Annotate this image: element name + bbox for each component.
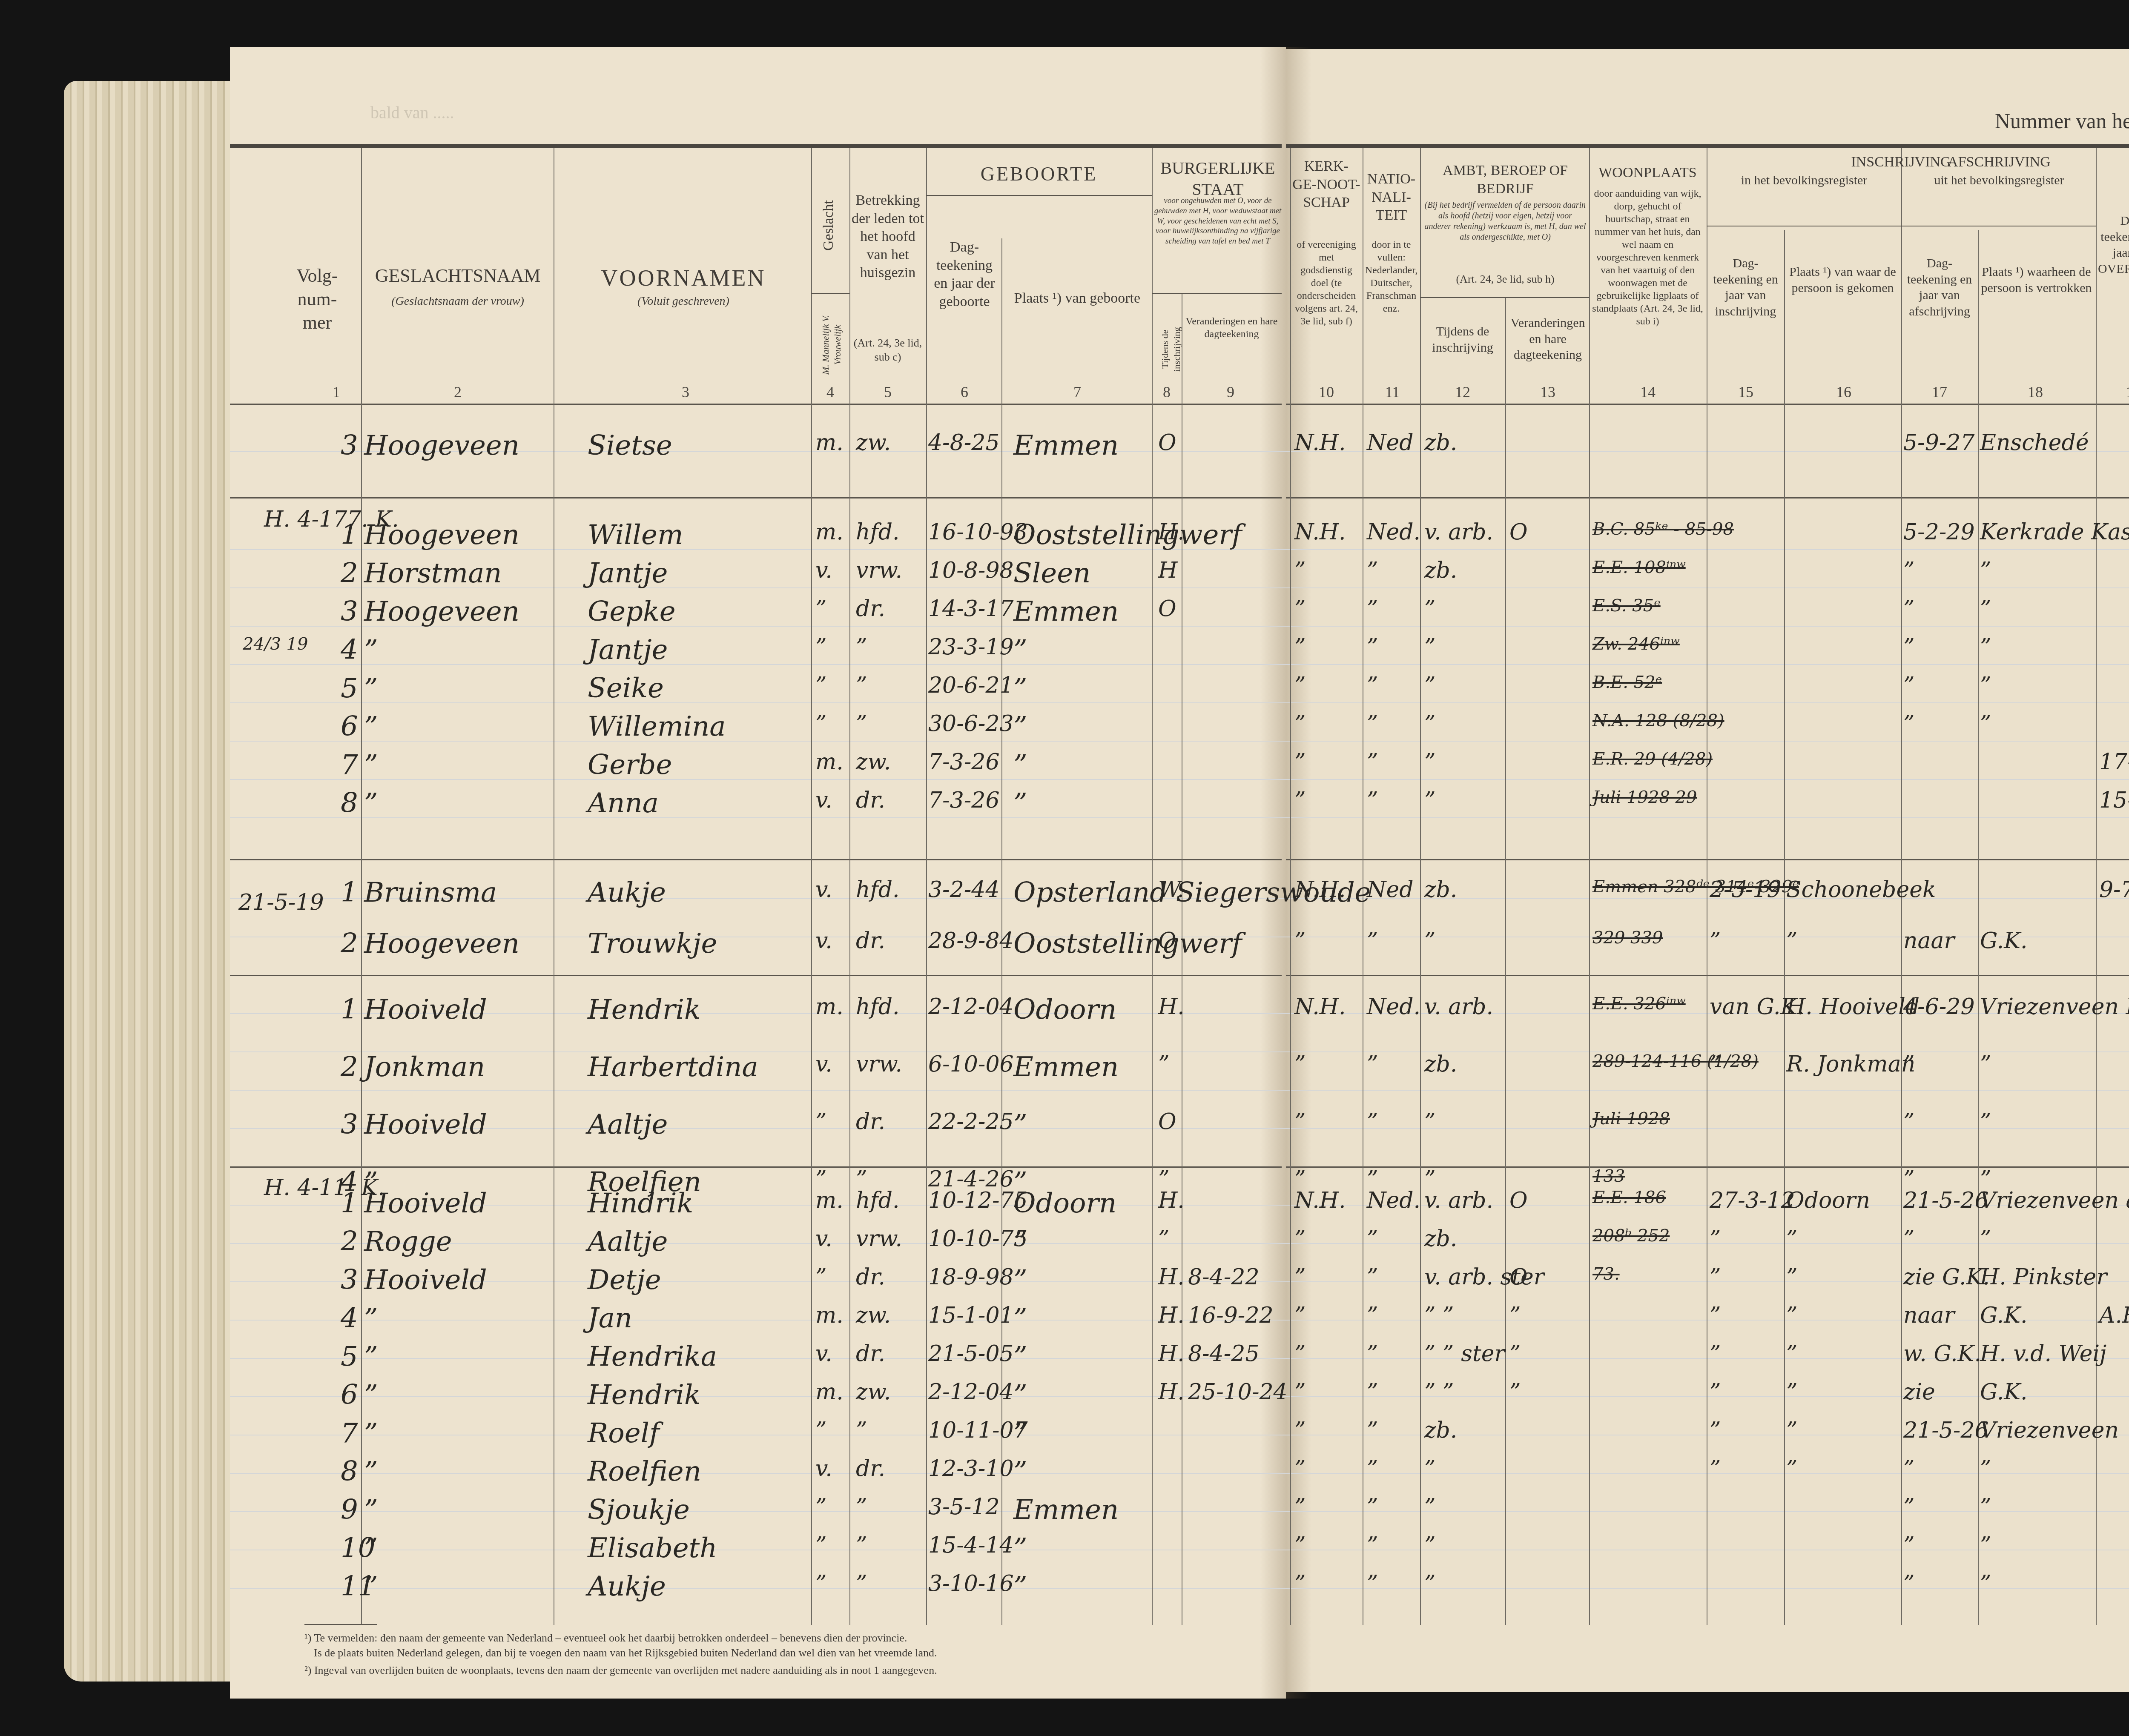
cell-address: Juli 1928 29 bbox=[1592, 788, 1697, 807]
header-col11: NATIO-NALI-TEIT bbox=[1365, 170, 1418, 225]
cell-birth-place: ” bbox=[1013, 1379, 1027, 1411]
cell-entry-number: 4 bbox=[341, 634, 358, 666]
cell-surname: Hooiveld bbox=[364, 1264, 487, 1296]
cell-relation-to-head: dr. bbox=[856, 596, 885, 622]
cell-address: B.C. 85ᵏᵉ - 85-98 bbox=[1592, 519, 1734, 539]
cell-church: ” bbox=[1294, 928, 1306, 954]
cell-surname: ” bbox=[364, 1571, 378, 1602]
footnote-rule bbox=[304, 1624, 377, 1625]
header-col4: Geslacht bbox=[820, 170, 838, 281]
cell-sex: m. bbox=[815, 1379, 844, 1405]
cell-nationality: ” bbox=[1367, 596, 1378, 622]
cell-birth-date: 10-10-75 bbox=[928, 1226, 1028, 1252]
cell-address: E.E. 326ⁱⁿʷ bbox=[1592, 994, 1686, 1014]
cell-entry-number: 7 bbox=[341, 1418, 358, 1449]
cell-sex: ” bbox=[815, 1533, 827, 1558]
cell-arrived-from: ” bbox=[1786, 1303, 1798, 1328]
cell-given-names: Willem bbox=[588, 519, 683, 551]
cell-church: ” bbox=[1294, 1418, 1306, 1443]
cell-entry-number: 1 bbox=[341, 519, 358, 551]
cell-occupation-change: O bbox=[1509, 519, 1528, 545]
cell-sex: ” bbox=[815, 1418, 827, 1443]
cell-given-names: Roelfien bbox=[588, 1456, 701, 1487]
cell-given-names: Hendrik bbox=[588, 994, 701, 1026]
cell-departed-to: G.K. bbox=[1980, 1303, 2028, 1328]
cell-church: ” bbox=[1294, 1226, 1306, 1252]
cell-relation-to-head: ” bbox=[856, 1571, 867, 1596]
header-col19: Dag-teekening en jaar van OVERLIJDEN ²) bbox=[2098, 213, 2129, 293]
cell-deregistration-date: naar bbox=[1903, 1303, 1954, 1328]
header-col4-sub: M. Mannelijk V. Vrouwelijk bbox=[820, 298, 843, 392]
cell-nationality: ” bbox=[1367, 1303, 1378, 1328]
cell-relation-to-head: dr. bbox=[856, 1264, 885, 1290]
cell-relation-to-head: hfd. bbox=[856, 519, 900, 545]
cell-entry-number: 6 bbox=[341, 1379, 358, 1411]
cell-entry-number: 9 bbox=[341, 1494, 358, 1526]
cell-deregistration-date: 4-6-29 bbox=[1903, 994, 1974, 1020]
cell-civil-status: ” bbox=[1158, 1051, 1170, 1077]
group-separator bbox=[1286, 859, 2129, 860]
cell-registration-date: ” bbox=[1710, 1418, 1721, 1443]
header-col2-sub: (Geslachtsnaam der vrouw) bbox=[366, 294, 549, 309]
cell-birth-place: Odoorn bbox=[1013, 1188, 1116, 1219]
cell-deregistration-date: ” bbox=[1903, 634, 1915, 660]
cell-civil-status: W. bbox=[1158, 877, 1184, 902]
cell-civil-status: H. bbox=[1158, 519, 1185, 545]
cell-nationality: Ned. bbox=[1367, 994, 1420, 1020]
cell-deregistration-date: 21-5-26 bbox=[1903, 1188, 1989, 1213]
cell-relation-to-head: ” bbox=[856, 1494, 867, 1520]
cell-birth-date: 20-6-21 bbox=[928, 673, 1014, 698]
cell-deregistration-date: ” bbox=[1903, 1226, 1915, 1252]
cell-occupation: zb. bbox=[1424, 430, 1457, 455]
cell-address: E.S. 35ᵉ bbox=[1592, 596, 1661, 616]
cell-church: ” bbox=[1294, 788, 1306, 813]
cell-death-date: 15-2-27 bbox=[2099, 788, 2129, 813]
cell-given-names: Roelf bbox=[588, 1418, 660, 1449]
cell-nationality: ” bbox=[1367, 788, 1378, 813]
cell-given-names: Jantje bbox=[588, 558, 668, 589]
cell-relation-to-head: hfd. bbox=[856, 1188, 900, 1213]
group-separator bbox=[230, 497, 1282, 498]
header-burgerlijke-staat-note: voor ongehuwden met O, voor de gehuwden … bbox=[1154, 196, 1282, 246]
cell-nationality: ” bbox=[1367, 634, 1378, 660]
cell-deregistration-date: ” bbox=[1903, 596, 1915, 622]
header-col14-sub: door aanduiding van wijk, dorp, gehucht … bbox=[1591, 187, 1704, 328]
cell-surname: ” bbox=[364, 1341, 378, 1372]
cell-occupation: ” bbox=[1424, 1494, 1436, 1520]
cell-birth-place: ” bbox=[1013, 1303, 1027, 1334]
cell-sex: ” bbox=[815, 673, 827, 698]
cell-sex: m. bbox=[815, 994, 844, 1020]
cell-given-names: Aukje bbox=[588, 1571, 666, 1602]
cell-entry-number: 2 bbox=[341, 558, 358, 589]
cell-entry-number: 2 bbox=[341, 1226, 358, 1258]
header-col3: VOORNAMEN bbox=[558, 264, 809, 293]
cell-civil-status: H bbox=[1158, 558, 1177, 583]
margin-note: 21-5-19 bbox=[238, 890, 324, 915]
cell-registration-date: ” bbox=[1710, 1264, 1721, 1290]
cell-registration-date: ” bbox=[1710, 1456, 1721, 1481]
cell-birth-date: 2-12-04 bbox=[928, 1379, 1014, 1405]
cell-sex: m. bbox=[815, 519, 844, 545]
cell-relation-to-head: dr. bbox=[856, 928, 885, 954]
cell-arrived-from: ” bbox=[1786, 1379, 1798, 1405]
cell-surname: ” bbox=[364, 1303, 378, 1334]
cell-birth-place: ” bbox=[1013, 1109, 1027, 1140]
cell-nationality: ” bbox=[1367, 673, 1378, 698]
cell-birth-date: 10-8-98 bbox=[928, 558, 1014, 583]
cell-surname: ” bbox=[364, 1418, 378, 1449]
cell-nationality: ” bbox=[1367, 1379, 1378, 1405]
cell-arrived-from: ” bbox=[1786, 1341, 1798, 1366]
cell-address: B.E. 52ᵉ bbox=[1592, 673, 1662, 692]
cell-occupation-change: ” bbox=[1509, 1303, 1521, 1328]
cell-relation-to-head: dr. bbox=[856, 1109, 885, 1134]
header-col10: KERK-GE-NOOT-SCHAP bbox=[1292, 158, 1360, 212]
cell-relation-to-head: vrw. bbox=[856, 1051, 902, 1077]
group-separator bbox=[230, 975, 1282, 976]
cell-entry-number: 5 bbox=[341, 673, 358, 704]
cell-given-names: Detje bbox=[588, 1264, 661, 1296]
cell-death-date: A.R.B.K. bbox=[2099, 1303, 2129, 1328]
cell-given-names: Elisabeth bbox=[588, 1533, 717, 1564]
cell-occupation-change: ” bbox=[1509, 1341, 1521, 1366]
cell-deregistration-date: ” bbox=[1903, 1109, 1915, 1134]
cell-birth-date: 16-10-93 bbox=[928, 519, 1028, 545]
cell-registration-date: ” bbox=[1710, 1341, 1721, 1366]
cell-surname: Hooiveld bbox=[364, 1109, 487, 1140]
cell-departed-to: Vriezenveen almeloschekanaal bbox=[1980, 1188, 2129, 1213]
header-col9: Veranderingen en hare dagteekening bbox=[1184, 315, 1280, 341]
sheet-number-label: Nummer van het blad bbox=[1995, 109, 2129, 133]
header-col5: Betrekking der leden tot het hoofd van h… bbox=[852, 192, 924, 282]
cell-given-names: Gepke bbox=[588, 596, 676, 627]
cell-birth-date: 15-4-14 bbox=[928, 1533, 1014, 1558]
cell-civil-status: O bbox=[1158, 1109, 1176, 1134]
cell-address: N.A. 128 (8/28) bbox=[1592, 711, 1724, 730]
cell-birth-date: 14-3-17 bbox=[928, 596, 1014, 622]
cell-birth-date: 10-11-07 bbox=[928, 1418, 1028, 1443]
cell-birth-place: Ooststellingwerf bbox=[1013, 519, 1242, 551]
cell-nationality: ” bbox=[1367, 1571, 1378, 1596]
cell-sex: v. bbox=[815, 1226, 832, 1252]
cell-sex: v. bbox=[815, 877, 832, 902]
cell-nationality: Ned. bbox=[1367, 519, 1420, 545]
cell-arrived-from: ” bbox=[1786, 928, 1798, 954]
cell-surname: ” bbox=[364, 634, 378, 666]
cell-nationality: Ned bbox=[1367, 430, 1414, 455]
cell-deregistration-date: 5-2-29 bbox=[1903, 519, 1974, 545]
header-bottom-rule-right bbox=[1286, 404, 2129, 405]
cell-entry-number: 1 bbox=[341, 877, 358, 908]
cell-church: ” bbox=[1294, 1379, 1306, 1405]
cell-occupation: ” bbox=[1424, 788, 1436, 813]
cell-birth-date: 7-3-26 bbox=[928, 749, 999, 775]
cell-occupation: zb. bbox=[1424, 877, 1457, 902]
cell-church: ” bbox=[1294, 1571, 1306, 1596]
cell-address: E.E. 186 bbox=[1592, 1188, 1666, 1207]
cell-deregistration-date: ” bbox=[1903, 711, 1915, 736]
cell-occupation-change: O bbox=[1509, 1264, 1528, 1290]
cell-birth-date: 12-3-10 bbox=[928, 1456, 1014, 1481]
cell-registration-date: ” bbox=[1710, 1051, 1721, 1077]
cell-civil-status: O bbox=[1158, 596, 1176, 622]
cell-birth-place: Ooststellingwerf bbox=[1013, 928, 1242, 960]
cell-occupation: ” bbox=[1424, 928, 1436, 954]
cell-nationality: Ned bbox=[1367, 877, 1414, 902]
cell-address: 329 339 bbox=[1592, 928, 1663, 948]
cell-civil-status: ” bbox=[1158, 1226, 1170, 1252]
cell-deregistration-date: ” bbox=[1903, 1571, 1915, 1596]
cell-deregistration-date: 21-5-26 bbox=[1903, 1418, 1989, 1443]
cell-civil-status: H. bbox=[1158, 1379, 1185, 1405]
cell-departed-to: Enschedé bbox=[1980, 430, 2089, 455]
cell-departed-to: ” bbox=[1980, 1109, 1991, 1134]
cell-birth-place: ” bbox=[1013, 1264, 1027, 1296]
cell-entry-number: 8 bbox=[341, 788, 358, 819]
cell-birth-date: 3-10-16 bbox=[928, 1571, 1014, 1596]
cell-birth-place: ” bbox=[1013, 711, 1027, 742]
cell-occupation: zb. bbox=[1424, 558, 1457, 583]
cell-sex: m. bbox=[815, 1303, 844, 1328]
cell-nationality: ” bbox=[1367, 711, 1378, 736]
cell-given-names: Jan bbox=[588, 1303, 632, 1334]
cell-given-names: Sjoukje bbox=[588, 1494, 690, 1526]
cell-nationality: ” bbox=[1367, 1456, 1378, 1481]
cell-arrived-from: ” bbox=[1786, 1264, 1798, 1290]
cell-birth-place: ” bbox=[1013, 673, 1027, 704]
cell-departed-to: ” bbox=[1980, 596, 1991, 622]
cell-given-names: Seike bbox=[588, 673, 664, 704]
cell-given-names: Sietse bbox=[588, 430, 672, 461]
cell-civil-status-change: 8-4-25 bbox=[1188, 1341, 1259, 1366]
cell-surname: ” bbox=[364, 788, 378, 819]
cell-birth-date: 21-5-05 bbox=[928, 1341, 1014, 1366]
cell-deregistration-date: ” bbox=[1903, 1456, 1915, 1481]
cell-relation-to-head: dr. bbox=[856, 788, 885, 813]
cell-departed-to: ” bbox=[1980, 634, 1991, 660]
cell-relation-to-head: vrw. bbox=[856, 558, 902, 583]
cell-sex: ” bbox=[815, 1109, 827, 1134]
header-col1: Volg-num-mer bbox=[290, 264, 345, 334]
cell-sex: v. bbox=[815, 788, 832, 813]
cell-surname: ” bbox=[364, 711, 378, 742]
cell-birth-place: ” bbox=[1013, 1456, 1027, 1487]
group-separator bbox=[1286, 975, 2129, 976]
cell-occupation: v. arb. bbox=[1424, 994, 1493, 1020]
header-col11-sub: door in te vullen: Nederlander, Duitsche… bbox=[1365, 238, 1418, 315]
cell-deregistration-date: zie bbox=[1903, 1379, 1935, 1405]
cell-sex: v. bbox=[815, 928, 832, 954]
cell-registration-date: 2-5-19 bbox=[1710, 877, 1781, 902]
cell-nationality: ” bbox=[1367, 1226, 1378, 1252]
cell-civil-status-change: 25-10-24 bbox=[1188, 1379, 1288, 1405]
footnotes: ¹) Te vermelden: den naam der gemeente v… bbox=[304, 1630, 1028, 1678]
cell-given-names: Aaltje bbox=[588, 1109, 668, 1140]
cell-relation-to-head: dr. bbox=[856, 1341, 885, 1366]
cell-sex: ” bbox=[815, 1494, 827, 1520]
cell-occupation: zb. bbox=[1424, 1418, 1457, 1443]
cell-address: 289-124-116 (1/28) bbox=[1592, 1051, 1759, 1071]
cell-nationality: ” bbox=[1367, 1418, 1378, 1443]
cell-relation-to-head: zw. bbox=[856, 749, 891, 775]
header-ambt: AMBT, BEROEP OF BEDRIJF bbox=[1422, 162, 1588, 198]
cell-nationality: ” bbox=[1367, 928, 1378, 954]
cell-entry-number: 1 bbox=[341, 1188, 358, 1219]
cell-birth-place: ” bbox=[1013, 1226, 1027, 1258]
cell-church: ” bbox=[1294, 1456, 1306, 1481]
cell-church: N.H. bbox=[1294, 430, 1346, 455]
cell-arrived-from: ” bbox=[1786, 1226, 1798, 1252]
cell-arrived-from: ” bbox=[1786, 1418, 1798, 1443]
cell-civil-status-change: 16-9-22 bbox=[1188, 1303, 1274, 1328]
cell-nationality: ” bbox=[1367, 558, 1378, 583]
cell-surname: Horstman bbox=[364, 558, 502, 589]
cell-relation-to-head: zw. bbox=[856, 430, 891, 455]
cell-occupation: ” bbox=[1424, 1571, 1436, 1596]
cell-birth-date: 10-12-75 bbox=[928, 1188, 1028, 1213]
cell-occupation: ” bbox=[1424, 673, 1436, 698]
cell-civil-status: H. bbox=[1158, 1188, 1185, 1213]
cell-arrived-from: ” bbox=[1786, 1456, 1798, 1481]
cell-birth-place: Emmen bbox=[1013, 596, 1119, 627]
cell-registration-date: ” bbox=[1710, 1379, 1721, 1405]
cell-relation-to-head: zw. bbox=[856, 1379, 891, 1405]
cell-entry-number: 3 bbox=[341, 1264, 358, 1296]
header-col2: GESLACHTSNAAM bbox=[366, 264, 549, 287]
cell-death-date: 17-2-27 bbox=[2099, 749, 2129, 775]
cell-relation-to-head: ” bbox=[856, 673, 867, 698]
cell-departed-to: ” bbox=[1980, 1533, 1991, 1558]
cell-church: N.H. bbox=[1294, 877, 1346, 902]
cell-church: ” bbox=[1294, 1533, 1306, 1558]
cell-civil-status: H. bbox=[1158, 1341, 1185, 1366]
cell-occupation-change: O bbox=[1509, 1188, 1528, 1213]
cell-birth-date: 4-8-25 bbox=[928, 430, 999, 455]
cell-occupation: ” bbox=[1424, 1533, 1436, 1558]
faint-bleed-text: bald van ..... bbox=[370, 102, 454, 123]
margin-note: 24/3 19 bbox=[243, 634, 308, 654]
cell-occupation: ” bbox=[1424, 596, 1436, 622]
cell-departed-to: H. v.d. Weij bbox=[1980, 1341, 2106, 1366]
cell-departed-to: Vriezenveen bbox=[1980, 1418, 2119, 1443]
header-col18: Plaats ¹) waarheen de persoon is vertrok… bbox=[1980, 264, 2093, 296]
cell-deregistration-date: ” bbox=[1903, 1533, 1915, 1558]
cell-relation-to-head: vrw. bbox=[856, 1226, 902, 1252]
cell-sex: v. bbox=[815, 1051, 832, 1077]
header-bottom-rule-left bbox=[230, 404, 1282, 405]
header-ambt-note: (Bij het bedrijf vermelden of de persoon… bbox=[1424, 200, 1586, 243]
cell-birth-date: 3-5-12 bbox=[928, 1494, 999, 1520]
cell-church: ” bbox=[1294, 711, 1306, 736]
cell-nationality: ” bbox=[1367, 1264, 1378, 1290]
cell-relation-to-head: ” bbox=[856, 711, 867, 736]
cell-church: N.H. bbox=[1294, 1188, 1346, 1213]
cell-nationality: ” bbox=[1367, 1533, 1378, 1558]
cell-birth-place: ” bbox=[1013, 634, 1027, 666]
cell-departed-to: ” bbox=[1980, 1051, 1991, 1077]
cell-nationality: ” bbox=[1367, 1494, 1378, 1520]
cell-departed-to: ” bbox=[1980, 1571, 1991, 1596]
cell-arrived-from: Schoonebeek bbox=[1786, 877, 1936, 902]
cell-church: N.H. bbox=[1294, 519, 1346, 545]
cell-surname: Rogge bbox=[364, 1226, 452, 1258]
cell-registration-date: 27-3-12 bbox=[1710, 1188, 1795, 1213]
header-afschrijving-sub: uit het bevolkingsregister bbox=[1903, 172, 2095, 189]
cell-relation-to-head: zw. bbox=[856, 1303, 891, 1328]
header-top-rule-left bbox=[230, 144, 1282, 148]
header-inschrijving-sub: in het bevolkingsregister bbox=[1708, 172, 1900, 189]
cell-surname: ” bbox=[364, 1533, 378, 1564]
cell-entry-number: 1 bbox=[341, 994, 358, 1026]
cell-departed-to: H. Pinkster bbox=[1980, 1264, 2107, 1290]
cell-birth-place: ” bbox=[1013, 1533, 1027, 1564]
cell-given-names: Hendrik bbox=[588, 1379, 701, 1411]
cell-nationality: ” bbox=[1367, 749, 1378, 775]
cell-occupation: ” bbox=[1424, 1456, 1436, 1481]
cell-address: Zw. 246ⁱⁿʷ bbox=[1592, 634, 1680, 654]
cell-church: ” bbox=[1294, 1303, 1306, 1328]
cell-deregistration-date: 5-9-27 bbox=[1903, 430, 1974, 455]
cell-relation-to-head: hfd. bbox=[856, 877, 900, 902]
cell-birth-date: 15-1-01 bbox=[928, 1303, 1014, 1328]
cell-departed-to: ” bbox=[1980, 1226, 1991, 1252]
cell-civil-status-change: 8-4-22 bbox=[1188, 1264, 1259, 1290]
cell-occupation: zb. bbox=[1424, 1226, 1457, 1252]
cell-given-names: Aukje bbox=[588, 877, 666, 908]
cell-sex: ” bbox=[815, 1571, 827, 1596]
cell-birth-date: 28-9-84 bbox=[928, 928, 1014, 954]
cell-given-names: Anna bbox=[588, 788, 659, 819]
cell-entry-number: 6 bbox=[341, 711, 358, 742]
cell-sex: m. bbox=[815, 430, 844, 455]
cell-occupation: ” bbox=[1424, 634, 1436, 660]
cell-occupation-change: ” bbox=[1509, 1379, 1521, 1405]
cell-sex: v. bbox=[815, 558, 832, 583]
cell-occupation: ” bbox=[1424, 711, 1436, 736]
header-col5-sub: (Art. 24, 3e lid, sub c) bbox=[852, 336, 924, 364]
cell-surname: Hoogeveen bbox=[364, 430, 519, 461]
cell-departed-to: ” bbox=[1980, 1494, 1991, 1520]
cell-relation-to-head: ” bbox=[856, 1418, 867, 1443]
cell-birth-date: 23-3-19 bbox=[928, 634, 1014, 660]
cell-arrived-from: H. Hooiveld bbox=[1786, 994, 1920, 1020]
cell-church: ” bbox=[1294, 1264, 1306, 1290]
cell-sex: m. bbox=[815, 1188, 844, 1213]
cell-surname: ” bbox=[364, 1379, 378, 1411]
header-col17: Dag-teekening en jaar van afschrijving bbox=[1903, 255, 1976, 319]
cell-surname: Hoogeveen bbox=[364, 596, 519, 627]
cell-church: ” bbox=[1294, 1341, 1306, 1366]
cell-departed-to: ” bbox=[1980, 673, 1991, 698]
cell-surname: Hooiveld bbox=[364, 1188, 487, 1219]
group-separator bbox=[230, 859, 1282, 860]
cell-occupation: ” bbox=[1424, 749, 1436, 775]
cell-surname: ” bbox=[364, 1456, 378, 1487]
cell-departed-to: ” bbox=[1980, 1456, 1991, 1481]
cell-surname: ” bbox=[364, 1494, 378, 1526]
cell-birth-date: 30-6-23 bbox=[928, 711, 1014, 736]
footnote-1-line-1: ¹) Te vermelden: den naam der gemeente v… bbox=[304, 1630, 1028, 1645]
cell-deregistration-date: ” bbox=[1903, 1494, 1915, 1520]
cell-entry-number: 2 bbox=[341, 1051, 358, 1083]
cell-occupation: v. arb. bbox=[1424, 1188, 1493, 1213]
cell-church: ” bbox=[1294, 596, 1306, 622]
cell-given-names: Hindrik bbox=[588, 1188, 693, 1219]
cell-given-names: Willemina bbox=[588, 711, 726, 742]
cell-church: ” bbox=[1294, 1494, 1306, 1520]
